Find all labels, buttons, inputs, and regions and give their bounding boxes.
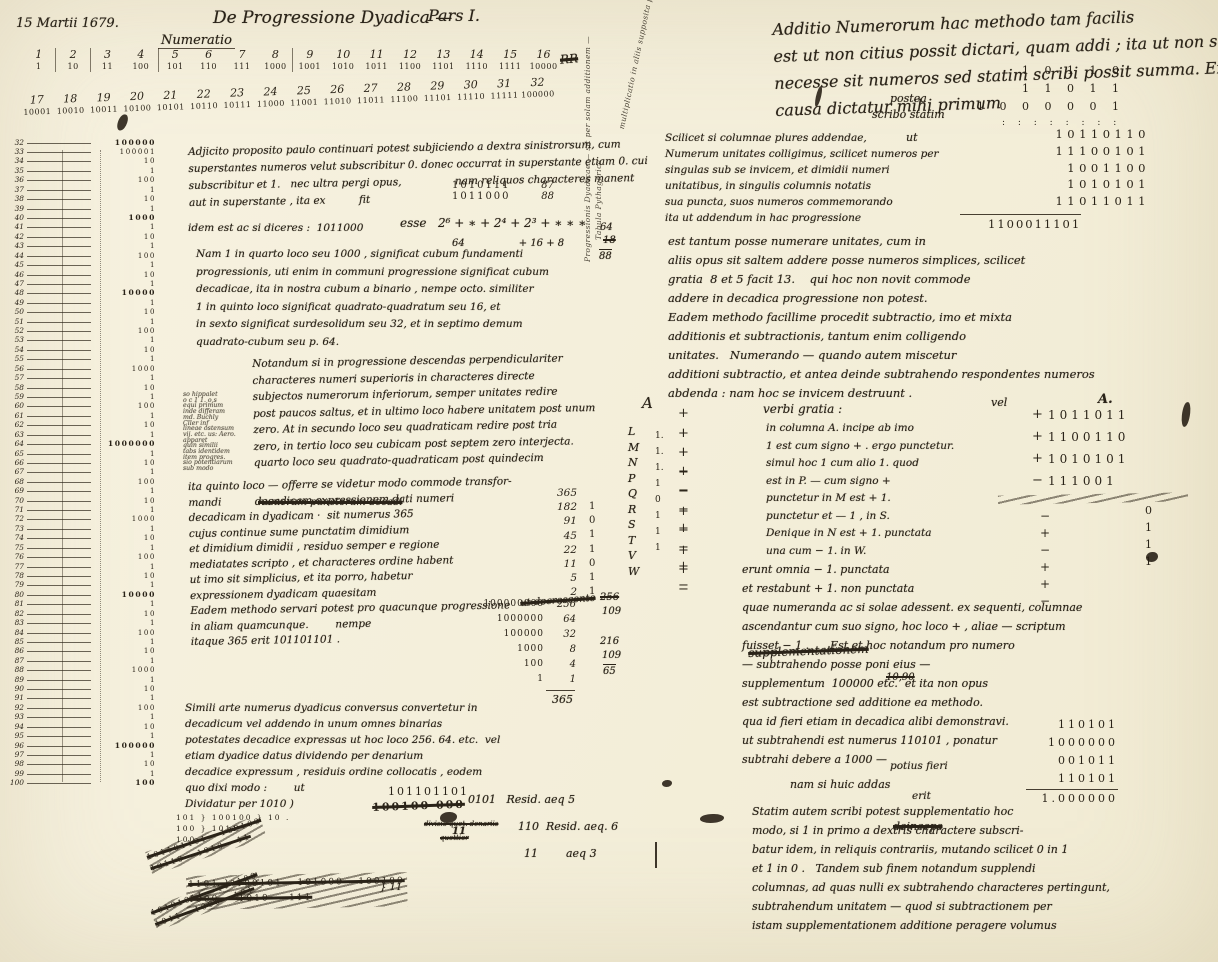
ditto-line [27, 670, 91, 671]
numeratio-cell: 23 10111 [220, 86, 254, 111]
halving-table-remainders: 1011011 [589, 500, 595, 599]
signed-row: − 111001 [1032, 470, 1129, 492]
manuscript-part-label: Pars I. [428, 6, 480, 25]
binary-decimal-pair: 1010111 87 [452, 180, 554, 191]
signed-row: + 1100110 [1032, 426, 1129, 448]
margin-row: 691 [2, 487, 156, 496]
ditto-line [27, 359, 91, 360]
ditto-line [27, 256, 91, 257]
margin-row: 8610 [2, 647, 156, 656]
numeratio-cell: 11 1011 [360, 48, 393, 72]
ditto-line [27, 595, 91, 596]
power-row: 1 1 [452, 672, 576, 687]
margin-row: 9410 [2, 722, 156, 731]
ditto-line [27, 755, 91, 756]
ditto-line [27, 623, 91, 624]
margin-row: 44100 [2, 251, 156, 260]
margin-row: 671 [2, 468, 156, 477]
power-row: 1000000 64 [452, 612, 576, 627]
margin-row: 931 [2, 713, 156, 722]
numeratio-cell: 7 111 [225, 48, 258, 72]
numeratio-cell: 1 1 [22, 48, 56, 72]
ditto-line [27, 293, 91, 294]
ditto-line [27, 680, 91, 681]
ink-blot [700, 814, 724, 823]
ditto-line [27, 199, 91, 200]
label-vel: vel [991, 396, 1007, 409]
side-sum-64: 64 [600, 222, 613, 233]
ditto-line [27, 491, 91, 492]
margin-row: 96100000 [2, 741, 156, 750]
margin-row: 3810 [2, 195, 156, 204]
powers-total: 365 [546, 690, 575, 706]
signed-row: + 1011011 [1032, 404, 1129, 426]
numeratio-cell: 9 1001 [293, 48, 326, 72]
label-ut: ut [906, 131, 918, 144]
ditto-line [27, 425, 91, 426]
ditto-line [27, 651, 91, 652]
ditto-line [27, 303, 91, 304]
margin-row: 9010 [2, 684, 156, 693]
marginalia-column: so hippaleto c 1 1. o,sequi primuminde d… [183, 392, 247, 472]
margin-row: 371 [2, 185, 156, 194]
numeratio-cell: 8 1000 [259, 48, 293, 72]
margin-row: 771 [2, 562, 156, 571]
margin-row: 471 [2, 279, 156, 288]
crossed-out-word: deinceps [893, 820, 943, 833]
margin-row: 3410 [2, 157, 156, 166]
power-row: 1000 8 [452, 642, 576, 657]
crossed-block-tag: } 11 [380, 882, 402, 893]
ditto-line [27, 378, 91, 379]
margin-row: 76100 [2, 553, 156, 562]
margin-row: 6210 [2, 421, 156, 430]
margin-row: 9810 [2, 760, 156, 769]
ditto-line [27, 557, 91, 558]
power-row: 100000000 256 [452, 597, 576, 612]
margin-row: 571 [2, 374, 156, 383]
margin-row: 33100001 [2, 147, 156, 156]
ditto-line [27, 482, 91, 483]
numeratio-cell: 17 10001 [20, 93, 54, 118]
crossed-out-word: 10,90 [886, 672, 915, 683]
paragraph-subtractio: est tantum posse numerare unitates, cum … [668, 232, 1095, 403]
ditto-line [27, 331, 91, 332]
powers-sum-table: 100000000 256 1000000 64 100000 32 1000 … [452, 597, 576, 687]
margin-row: 851 [2, 637, 156, 646]
ditto-line [27, 604, 91, 605]
margin-row: 52100 [2, 326, 156, 335]
numeratio-cell: 24 11000 [254, 85, 288, 110]
margin-row: 711 [2, 505, 156, 514]
ditto-line [27, 548, 91, 549]
margin-row: 911 [2, 694, 156, 703]
ditto-line [27, 444, 91, 445]
numeratio-cell: 5 101 [159, 48, 192, 72]
power-row: 100 4 [452, 657, 576, 672]
numeratio-cell: 15 1111 [493, 48, 526, 72]
numeratio-cell: 10 1010 [327, 48, 360, 72]
margin-row: 60100 [2, 402, 156, 411]
numeratio-cell: 19 10011 [87, 91, 121, 116]
paragraph-nam-cubus: Nam 1 in quarto loco seu 1000 , signific… [196, 246, 549, 351]
numeratio-row-2: 17 10001 18 10010 19 10011 20 10100 21 1… [20, 75, 555, 118]
ditto-line [27, 265, 91, 266]
ditto-line [27, 698, 91, 699]
ink-blot [116, 113, 130, 132]
margin-row: 971 [2, 750, 156, 759]
ditto-line [27, 689, 91, 690]
margin-row: 5410 [2, 345, 156, 354]
margin-row: 391 [2, 204, 156, 213]
manuscript-date: 15 Martii 1679. [16, 16, 119, 31]
label-erit: erit [912, 790, 931, 802]
label-verbi-gratia: verbi gratia : [763, 402, 842, 416]
margin-row: 401000 [2, 213, 156, 222]
label-nam-si-huic: nam si huic addas [790, 778, 890, 791]
paragraph-in-columna: in columna A. incipe ab imo1 est cum sig… [766, 420, 954, 560]
paragraph-notandum: Notandum si in progressione descendas pe… [252, 350, 596, 471]
ink-blot [1181, 402, 1192, 428]
binary-decimal-pair: 1011000 88 [452, 191, 554, 202]
margin-row: 4210 [2, 232, 156, 241]
numeratio-cell: 26 11010 [320, 82, 354, 107]
margin-row: 731 [2, 524, 156, 533]
power-row: 100000 32 [452, 627, 576, 642]
dictated-numbers: 1 0 1 1 01 1 0 1 11 0 0 0 0 0 1 [940, 62, 1125, 116]
numeratio-cell: 2 10 [56, 48, 90, 72]
margin-row: 7810 [2, 571, 156, 580]
margin-row: 631 [2, 430, 156, 439]
paragraph-columnae: Scilicet si columnae plures addendae,Num… [665, 130, 939, 226]
ditto-line [27, 642, 91, 643]
numeratio-cell: 16 10000 [527, 48, 560, 72]
margin-rows: 32100000 33100001 3410 351 36100 371 381… [2, 138, 156, 788]
gutter-sign-column: +++−−+−++− [678, 404, 689, 599]
side-col-109b: 109 [602, 650, 621, 661]
numeratio-cell: 28 11100 [387, 80, 421, 105]
ditto-line [27, 143, 91, 144]
margin-row: 6610 [2, 458, 156, 467]
crossed-out-phrase: numerum punctorum decadi [258, 497, 402, 508]
ditto-line [27, 736, 91, 737]
numeratio-cell: 31 11111 [487, 77, 521, 102]
ditto-line [27, 416, 91, 417]
margin-row: 451 [2, 260, 156, 269]
margin-row: 431 [2, 242, 156, 251]
margin-row: 5010 [2, 308, 156, 317]
ditto-line [27, 510, 91, 511]
ditto-line [27, 435, 91, 436]
ditto-line [27, 633, 91, 634]
label-postea: postea [890, 92, 927, 105]
margin-row: 7010 [2, 496, 156, 505]
ditto-line [27, 312, 91, 313]
numeratio-cell: 13 1101 [427, 48, 460, 72]
ditto-line [27, 152, 91, 153]
residue-lines: 0101 Resid. aeq 5110 Resid. aeq. 611 aeq… [468, 786, 618, 867]
ditto-line [27, 161, 91, 162]
margin-row: 891 [2, 675, 156, 684]
margin-row: 8010000 [2, 590, 156, 599]
margin-row: 5810 [2, 383, 156, 392]
margin-row: 351 [2, 166, 156, 175]
ditto-line [27, 463, 91, 464]
margin-row: 591 [2, 392, 156, 401]
margin-row: 721000 [2, 515, 156, 524]
ditto-line [27, 529, 91, 530]
margin-row: 92100 [2, 703, 156, 712]
ditto-line [27, 783, 91, 784]
margin-row: 7410 [2, 534, 156, 543]
letters-digit-column: 1.1.1.10111 [655, 428, 664, 556]
manuscript-title: De Progressione Dyadica — [213, 8, 452, 28]
division-quotient-mark: 11 [452, 826, 466, 837]
carry-column-line [62, 150, 63, 782]
side-sum-struck: 18 [603, 235, 616, 246]
ink-blot [655, 842, 657, 868]
ditto-line [27, 218, 91, 219]
numeratio-cell: 30 11110 [454, 78, 488, 103]
crossed-out-scribble: RR [559, 51, 578, 67]
numeratio-cell: 25 11001 [287, 84, 321, 109]
ditto-line [27, 585, 91, 586]
numeratio-cell: 12 1100 [393, 48, 426, 72]
numeratio-row-1: 1 1 2 10 3 11 4 100 5 101 6 110 7 111 8 [22, 48, 560, 72]
paragraph-adjicito: Adjicito proposito paulo continuari pote… [188, 136, 649, 212]
signed-row: + 1010101 [1032, 448, 1129, 470]
ditto-line [27, 397, 91, 398]
ditto-line [27, 171, 91, 172]
ditto-line [27, 614, 91, 615]
ink-blot [1146, 552, 1158, 562]
ink-blot [662, 780, 672, 787]
ditto-line [27, 180, 91, 181]
margin-row: 791 [2, 581, 156, 590]
margin-row: 641000000 [2, 440, 156, 449]
ditto-line [27, 567, 91, 568]
ditto-line [27, 406, 91, 407]
margin-row: 84100 [2, 628, 156, 637]
ditto-line [27, 388, 91, 389]
numeratio-cell: 18 10010 [53, 92, 87, 117]
ditto-line [27, 190, 91, 191]
ditto-line [27, 227, 91, 228]
numeratio-cell: 3 11 [91, 48, 124, 72]
ditto-line [27, 454, 91, 455]
numeratio-cell: 6 110 [192, 48, 225, 72]
margin-row: 4810000 [2, 289, 156, 298]
numeratio-label: Numeratio [158, 33, 235, 49]
margin-row: 751 [2, 543, 156, 552]
ditto-line [27, 237, 91, 238]
ditto-line [27, 661, 91, 662]
numeratio-cell: 32 100000 [521, 75, 555, 100]
side-sum-88: 88 [599, 249, 612, 262]
ditto-line [27, 284, 91, 285]
margin-row: 36100 [2, 176, 156, 185]
margin-row: 100100 [2, 779, 156, 788]
ditto-line [27, 501, 91, 502]
ditto-line [27, 340, 91, 341]
ditto-line [27, 538, 91, 539]
side-col-216: 216 [600, 636, 619, 647]
numeratio-cell: 21 10101 [153, 88, 187, 113]
numeratio-cell: 22 10110 [187, 87, 221, 112]
manuscript-scan: 15 Martii 1679. De Progressione Dyadica … [0, 0, 1218, 962]
ditto-line [27, 774, 91, 775]
margin-row: 651 [2, 449, 156, 458]
margin-row: 951 [2, 732, 156, 741]
numeratio-cell: 14 1110 [460, 48, 493, 72]
ditto-line [27, 764, 91, 765]
label-scribo-statim: scribo statim [872, 108, 945, 121]
ditto-line [27, 717, 91, 718]
margin-row: 871 [2, 656, 156, 665]
margin-row: 831 [2, 619, 156, 628]
ditto-line [27, 576, 91, 577]
side-col-109: 109 [602, 606, 621, 617]
ditto-line [27, 275, 91, 276]
formula-intro: idem est ac si diceres : 1011000 [188, 222, 363, 234]
ditto-line [27, 322, 91, 323]
ditto-line [27, 746, 91, 747]
ditto-line [27, 708, 91, 709]
powers-of-two-formula: esse 2⁶ + ∗ + 2⁴ + 2³ + ∗ ∗ ∗ [400, 216, 586, 230]
margin-binary-table: 32100000 33100001 3410 351 36100 371 381… [2, 138, 156, 788]
margin-row: 551 [2, 355, 156, 364]
division-dividend: 101101101 [388, 785, 469, 798]
margin-row: 511 [2, 317, 156, 326]
margin-row: 8210 [2, 609, 156, 618]
letters-column: LMNPQRSTVW [628, 424, 639, 579]
side-col-total: 65 [603, 664, 616, 677]
margin-row: 991 [2, 769, 156, 778]
carry-column-line [100, 150, 102, 782]
numeratio-cell: 20 10100 [120, 89, 154, 114]
margin-row: 68100 [2, 477, 156, 486]
margin-row: 531 [2, 336, 156, 345]
subtraction-stack: 11010110000000010111101011.000000 [1026, 716, 1118, 808]
side-col-struck: 256 [600, 592, 619, 603]
column-head-A: A [642, 394, 653, 412]
marginal-vertical-note: multiplicatio in aliis supposita perfici… [617, 0, 661, 130]
margin-row: 411 [2, 223, 156, 232]
addition-stack: 10110110111001011001100101010111011011 [988, 126, 1150, 210]
ditto-line [27, 727, 91, 728]
signed-binary-stack: + 1011011 + 1100110 + 1010101 − 111001 [1032, 404, 1129, 492]
crossed-out-sum-line [998, 492, 1188, 504]
numeratio-cell: 4 100 [124, 48, 158, 72]
ditto-line [27, 350, 91, 351]
margin-row: 881000 [2, 666, 156, 675]
ditto-line [27, 369, 91, 370]
margin-row: 32100000 [2, 138, 156, 147]
example-87-88: 1010111 87 1011000 88 [452, 180, 554, 202]
margin-row: 611 [2, 411, 156, 420]
addition-sum: 1100011101 [960, 214, 1081, 231]
ditto-line [27, 246, 91, 247]
ditto-line [27, 472, 91, 473]
label-potius-fieri: potius fieri [890, 760, 948, 772]
ditto-line [27, 209, 91, 210]
margin-row: 491 [2, 298, 156, 307]
margin-row: 811 [2, 600, 156, 609]
halving-table-values: 3651829145221152 [543, 486, 577, 600]
margin-row: 4610 [2, 270, 156, 279]
numeratio-cell: 27 11011 [354, 81, 388, 106]
ditto-line [27, 519, 91, 520]
numeratio-cell: 29 11101 [420, 79, 454, 104]
margin-row: 561000 [2, 364, 156, 373]
